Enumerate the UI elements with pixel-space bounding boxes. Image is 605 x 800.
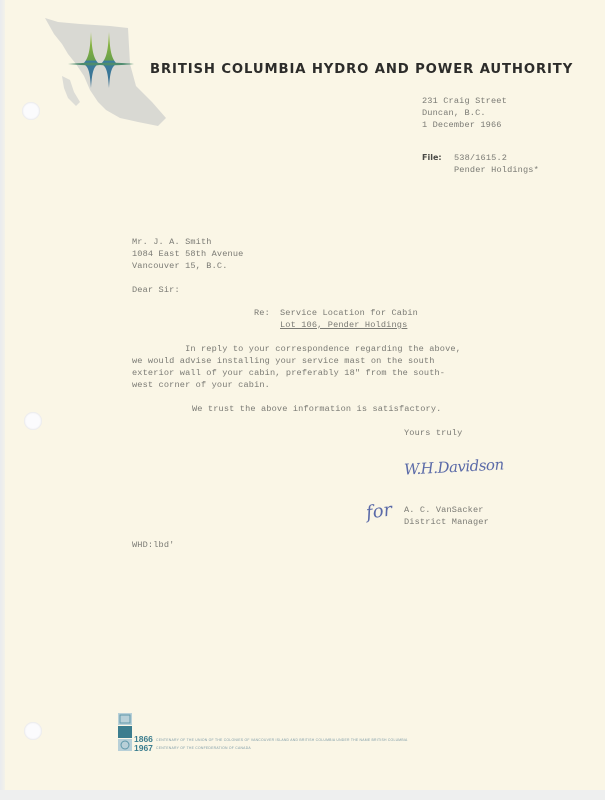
file-name: Pender Holdings*	[454, 164, 539, 177]
reference-initials: WHD:lbd'	[132, 539, 174, 552]
file-number: 538/1615.2	[454, 152, 507, 165]
body-line: west corner of your cabin.	[132, 379, 270, 392]
scan-edge-bottom	[0, 790, 605, 800]
bc-hydro-logo-icon	[66, 30, 136, 90]
closing: Yours truly	[404, 427, 462, 440]
footer-line-1: Centenary of the Union of the Colonies o…	[156, 737, 408, 745]
body-line: exterior wall of your cabin, preferably …	[132, 367, 445, 380]
body-line: we would advise installing your service …	[132, 355, 435, 368]
salutation: Dear Sir:	[132, 284, 180, 297]
punch-hole-icon	[24, 722, 42, 740]
sender-city: Duncan, B.C.	[422, 107, 486, 120]
organization-name: BRITISH COLUMBIA HYDRO AND POWER AUTHORI…	[150, 62, 573, 77]
centennial-years: 1866 1967	[134, 735, 153, 753]
sender-street: 231 Craig Street	[422, 95, 507, 108]
letter-date: 1 December 1966	[422, 119, 502, 132]
year-1967: 1967	[134, 744, 153, 753]
centennial-emblem-icon	[118, 713, 132, 751]
handwritten-for: for	[365, 499, 394, 523]
subject-label: Re:	[254, 307, 270, 320]
signer-title: District Manager	[404, 516, 489, 529]
subject-line-2: Lot 106, Pender Holdings	[280, 319, 407, 332]
punch-hole-icon	[22, 102, 40, 120]
recipient-city: Vancouver 15, B.C.	[132, 260, 228, 273]
centennial-text: Centenary of the Union of the Colonies o…	[156, 737, 408, 752]
footer-line-2: Centenary of the Confederation of Canada	[156, 745, 408, 753]
recipient-name: Mr. J. A. Smith	[132, 236, 212, 249]
subject-line-1: Service Location for Cabin	[280, 307, 418, 320]
file-label: File:	[422, 153, 442, 162]
signer-name: A. C. VanSacker	[404, 504, 484, 517]
recipient-street: 1084 East 58th Avenue	[132, 248, 243, 261]
punch-hole-icon	[24, 412, 42, 430]
body-paragraph-2: We trust the above information is satisf…	[192, 403, 441, 416]
body-line: In reply to your correspondence regardin…	[132, 343, 461, 356]
